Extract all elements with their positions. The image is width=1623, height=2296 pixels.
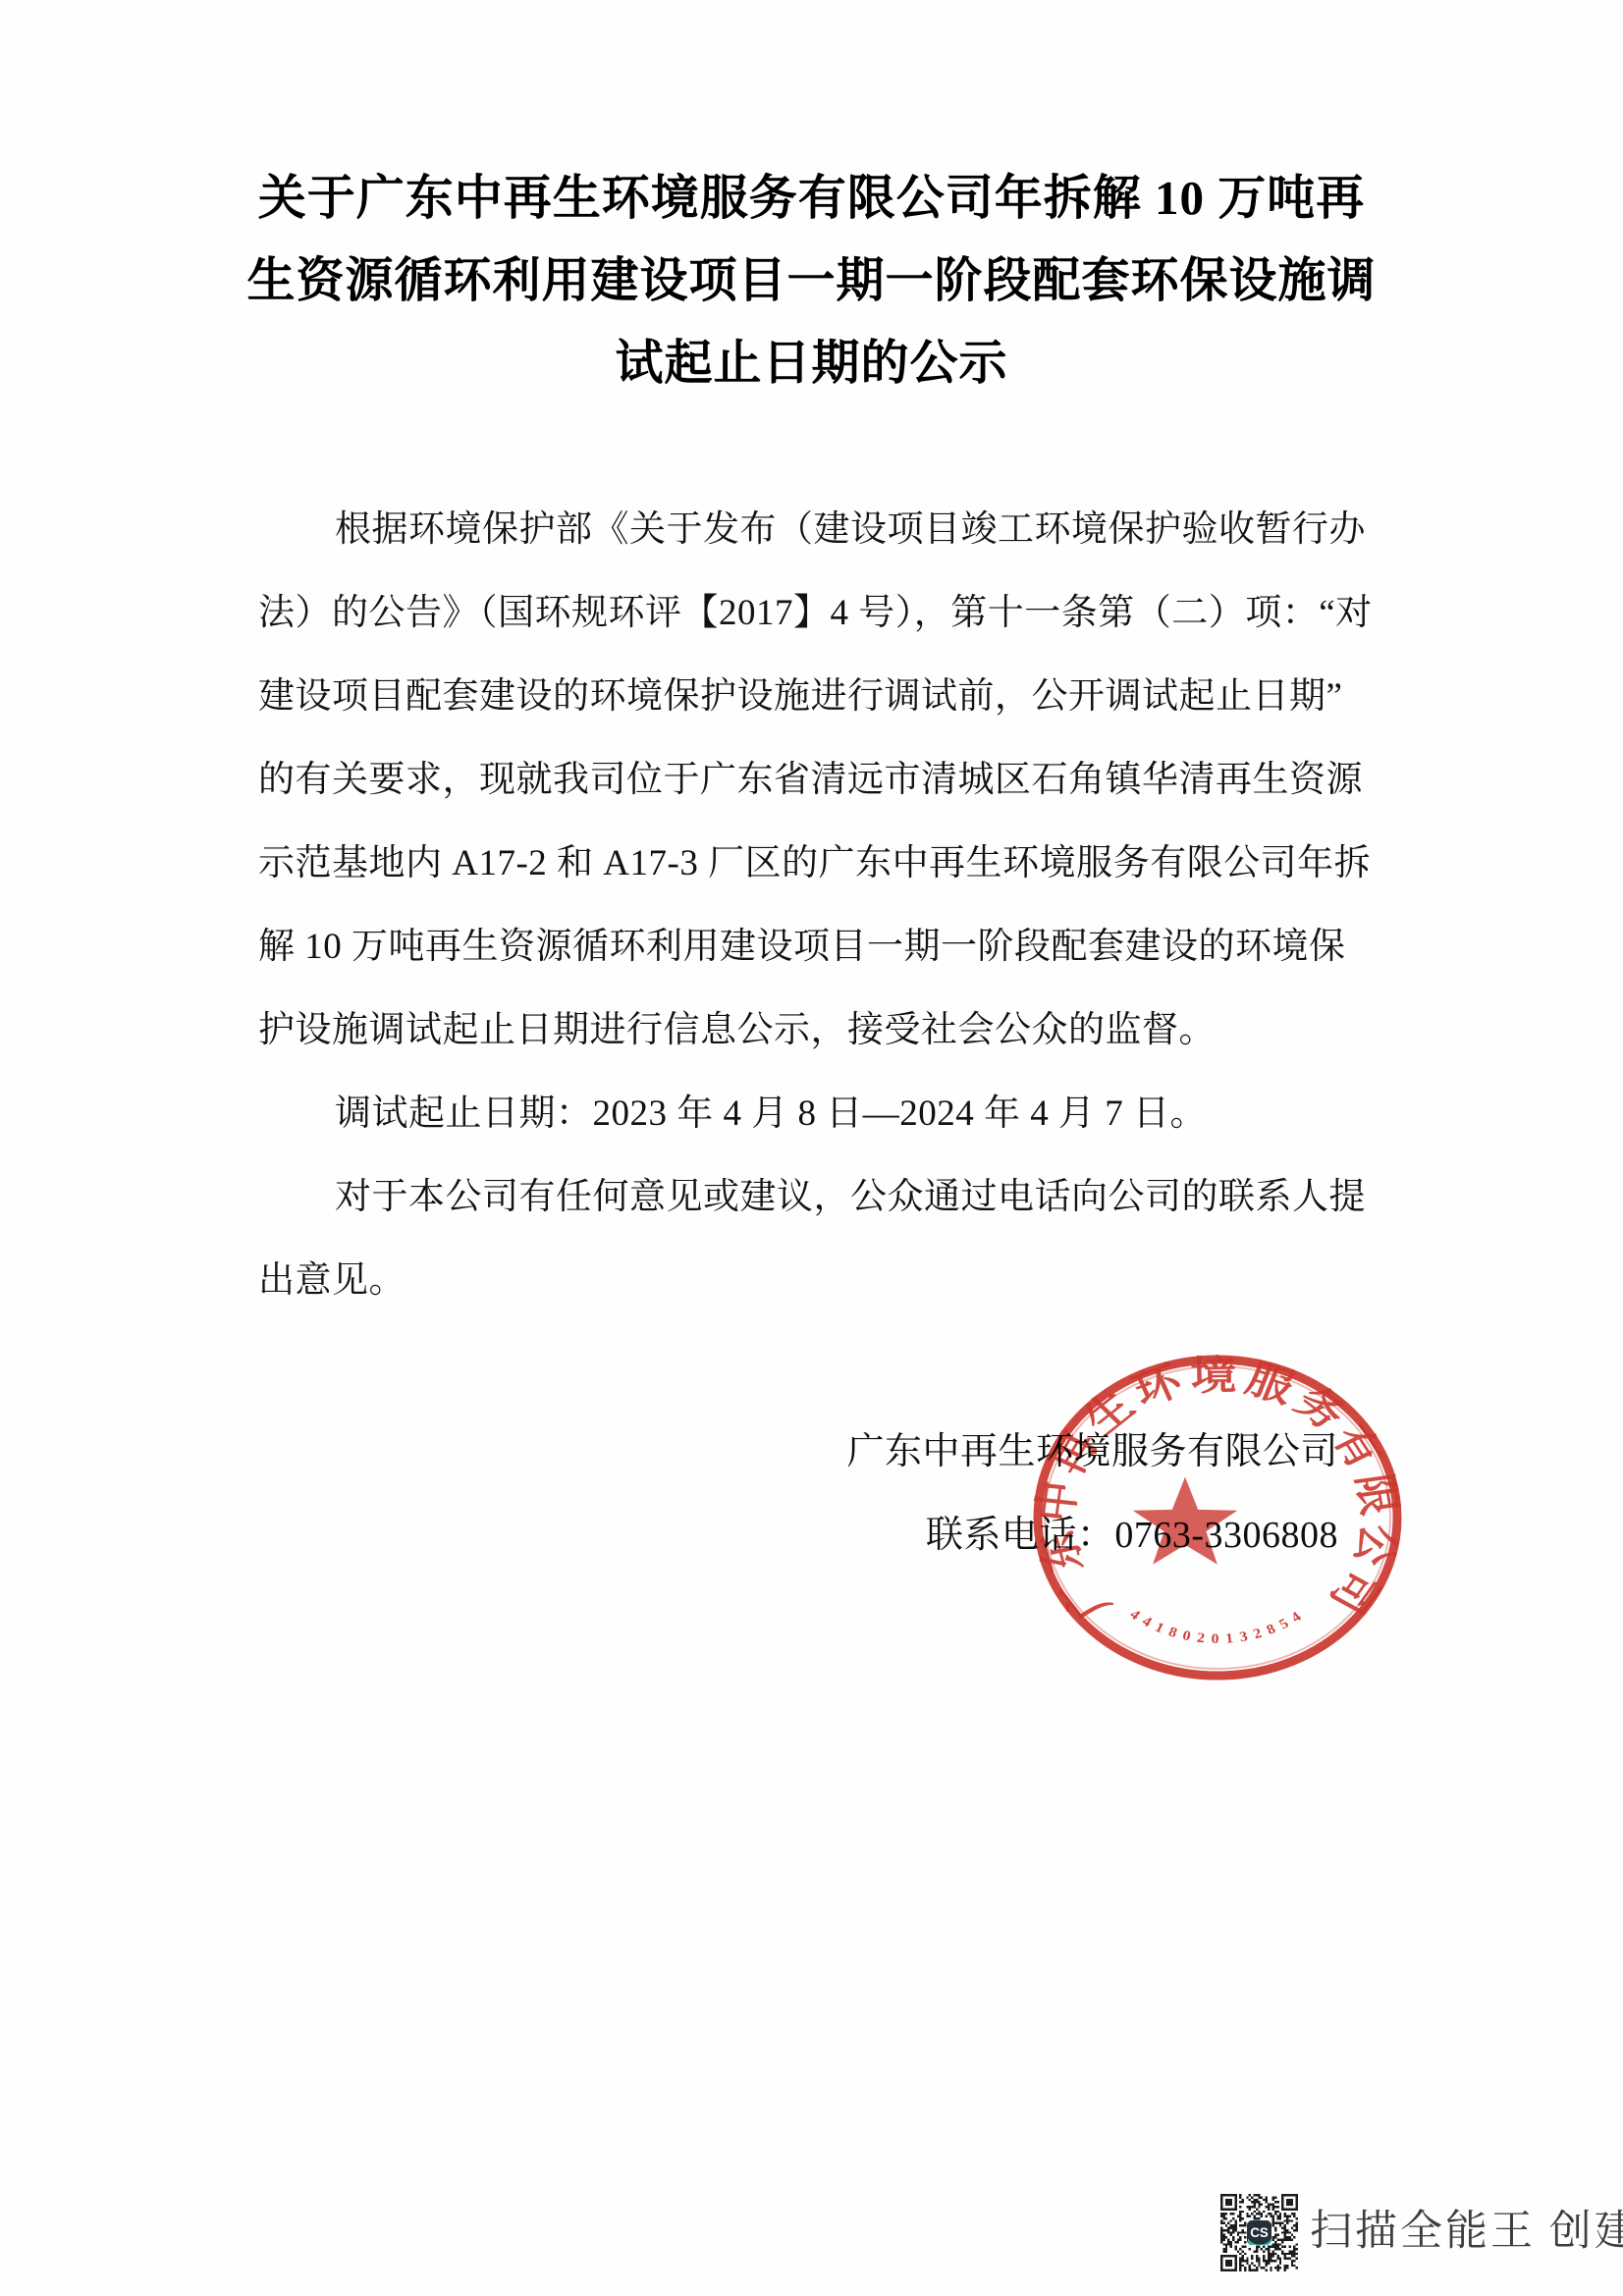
svg-text:CS: CS	[1250, 2225, 1269, 2240]
qr-code-graphic: CS	[1220, 2194, 1298, 2271]
scanned-document-page: 关于广东中再生环境服务有限公司年拆解 10 万吨再 生资源循环利用建设项目一期一…	[0, 0, 1623, 2296]
body-line: 的有关要求，现就我司位于广东省清远市清城区石角镇华清再生资源	[258, 738, 1343, 822]
document-title: 关于广东中再生环境服务有限公司年拆解 10 万吨再 生资源循环利用建设项目一期一…	[0, 157, 1623, 404]
body-line: 根据环境保护部《关于发布（建设项目竣工环境保护验收暂行办	[258, 488, 1343, 571]
title-line: 试起止日期的公示	[0, 322, 1623, 404]
signature-phone: 联系电话：0763-3306808	[846, 1494, 1338, 1577]
signature-company: 广东中再生环境服务有限公司	[846, 1411, 1338, 1494]
body-line-dates: 调试起止日期：2023 年 4 月 8 日—2024 年 4 月 7 日。	[258, 1072, 1343, 1155]
document-body: 根据环境保护部《关于发布（建设项目竣工环境保护验收暂行办 法）的公告》（国环规环…	[258, 488, 1343, 1322]
body-line: 对于本公司有任何意见或建议，公众通过电话向公司的联系人提	[258, 1155, 1343, 1239]
body-line: 护设施调试起止日期进行信息公示，接受社会公众的监督。	[258, 988, 1343, 1072]
camscanner-logo-icon: CS	[1247, 2220, 1271, 2245]
body-line: 示范基地内 A17-2 和 A17-3 厂区的广东中再生环境服务有限公司年拆	[258, 822, 1343, 905]
signature-block: 广东中再生环境服务有限公司 联系电话：0763-3306808	[846, 1411, 1338, 1577]
body-line: 出意见。	[258, 1239, 1343, 1322]
title-line: 关于广东中再生环境服务有限公司年拆解 10 万吨再	[0, 157, 1623, 240]
body-line: 法）的公告》（国环规环评【2017】4 号），第十一条第（二）项：“对	[258, 571, 1343, 655]
title-line: 生资源循环利用建设项目一期一阶段配套环保设施调	[0, 240, 1623, 322]
body-line: 解 10 万吨再生资源循环利用建设项目一期一阶段配套建设的环境保	[258, 905, 1343, 988]
body-line: 建设项目配套建设的环境保护设施进行调试前，公开调试起止日期”	[258, 655, 1343, 738]
seal-serial-number: 4418020132854	[1126, 1607, 1307, 1646]
scanner-credit-text: 扫描全能王 创建	[1310, 2205, 1623, 2259]
qr-code: CS	[1220, 2194, 1298, 2271]
